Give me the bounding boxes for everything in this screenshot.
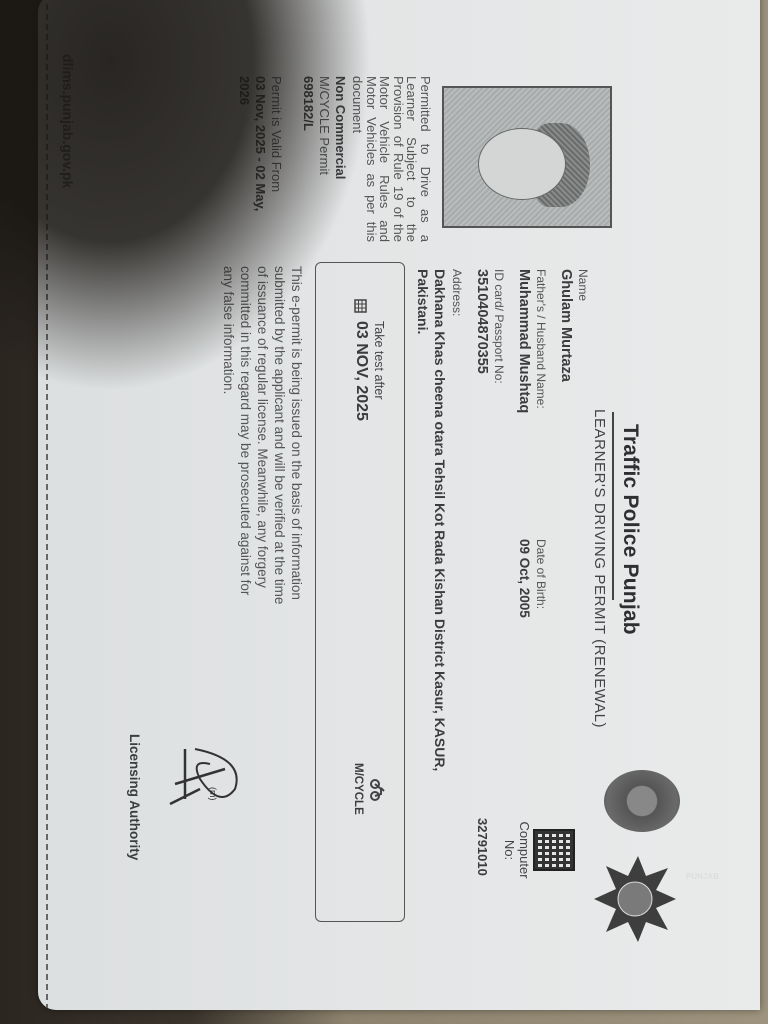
valid-label: Permit is Valid From: [269, 76, 284, 192]
disclaimer-line: committed in this regard may be prosecut…: [237, 266, 254, 604]
permit-category: Non Commercial: [333, 76, 348, 179]
applicant-photo: [442, 86, 612, 228]
permission-text: Permitted to Drive as a Learner Subject …: [351, 76, 432, 242]
address-line-1: Dakhana Khas cheena otara Tehsil Kot Rad…: [432, 269, 448, 771]
permit-document: Traffic Police Punjab LEARNER'S DRIVING …: [38, 0, 760, 1010]
take-test-label: Take test after: [372, 321, 386, 400]
dob-label: Date of Birth:: [534, 539, 548, 609]
disclaimer-text: This e-permit is being issued on the bas…: [220, 266, 305, 604]
page-title: Traffic Police Punjab: [618, 424, 642, 635]
permit-type: M/CYCLE Permit: [317, 76, 332, 175]
licensing-authority-label: Licensing Authority: [127, 734, 142, 860]
id-value: 3510404870355: [474, 269, 490, 374]
id-label: ID card/ Passport No:: [492, 269, 506, 384]
father-value: Muhammad Mushtaq: [516, 269, 532, 413]
disclaimer-line: of issuance of regular license. Meanwhil…: [254, 266, 271, 604]
svg-text:(m): (m): [208, 787, 218, 801]
page-subtitle: LEARNER'S DRIVING PERMIT (RENEWAL): [591, 409, 608, 728]
disclaimer-line: any false information.: [220, 266, 237, 604]
father-label: Father's / Husband Name:: [534, 269, 548, 409]
disclaimer-line: This e-permit is being issued on the bas…: [288, 266, 305, 604]
title-underline: [612, 412, 614, 600]
motorcycle-icon: [370, 779, 386, 801]
dashed-cut-line: [46, 0, 48, 1010]
badge-text: PUNJAB: [686, 872, 719, 881]
police-emblem-icon: [604, 770, 680, 832]
qr-code[interactable]: [533, 829, 575, 871]
address-line-2: Pakistani.: [415, 269, 431, 334]
take-test-date: 03 NOV, 2025: [352, 321, 370, 421]
valid-range-line-1: 03 Nov, 2025 - 02 May,: [253, 76, 268, 211]
footer-url[interactable]: dlims.punjab.gov.pk: [60, 54, 76, 188]
dob-value: 09 Oct, 2005: [517, 539, 532, 618]
vehicle-type: M/CYCLE: [352, 763, 364, 815]
traffic-police-star-badge-icon: [592, 854, 678, 944]
test-date-box: Take test after 03 NOV, 2025 M/CYCLE: [315, 262, 405, 922]
signature-icon: (m): [155, 729, 255, 839]
photo-face: [478, 128, 566, 200]
name-value: Ghulam Murtaza: [558, 269, 574, 382]
permit-number: 698182/L: [301, 76, 316, 131]
calendar-icon: [354, 299, 368, 313]
disclaimer-line: submitted by the applicant and will be v…: [271, 266, 288, 604]
valid-range-line-2: 2026: [237, 76, 252, 105]
address-label: Address:: [450, 269, 464, 316]
name-label: Name: [576, 269, 590, 301]
computer-no-value: 32791010: [475, 818, 490, 876]
computer-no-label: Computer No:: [502, 820, 532, 880]
